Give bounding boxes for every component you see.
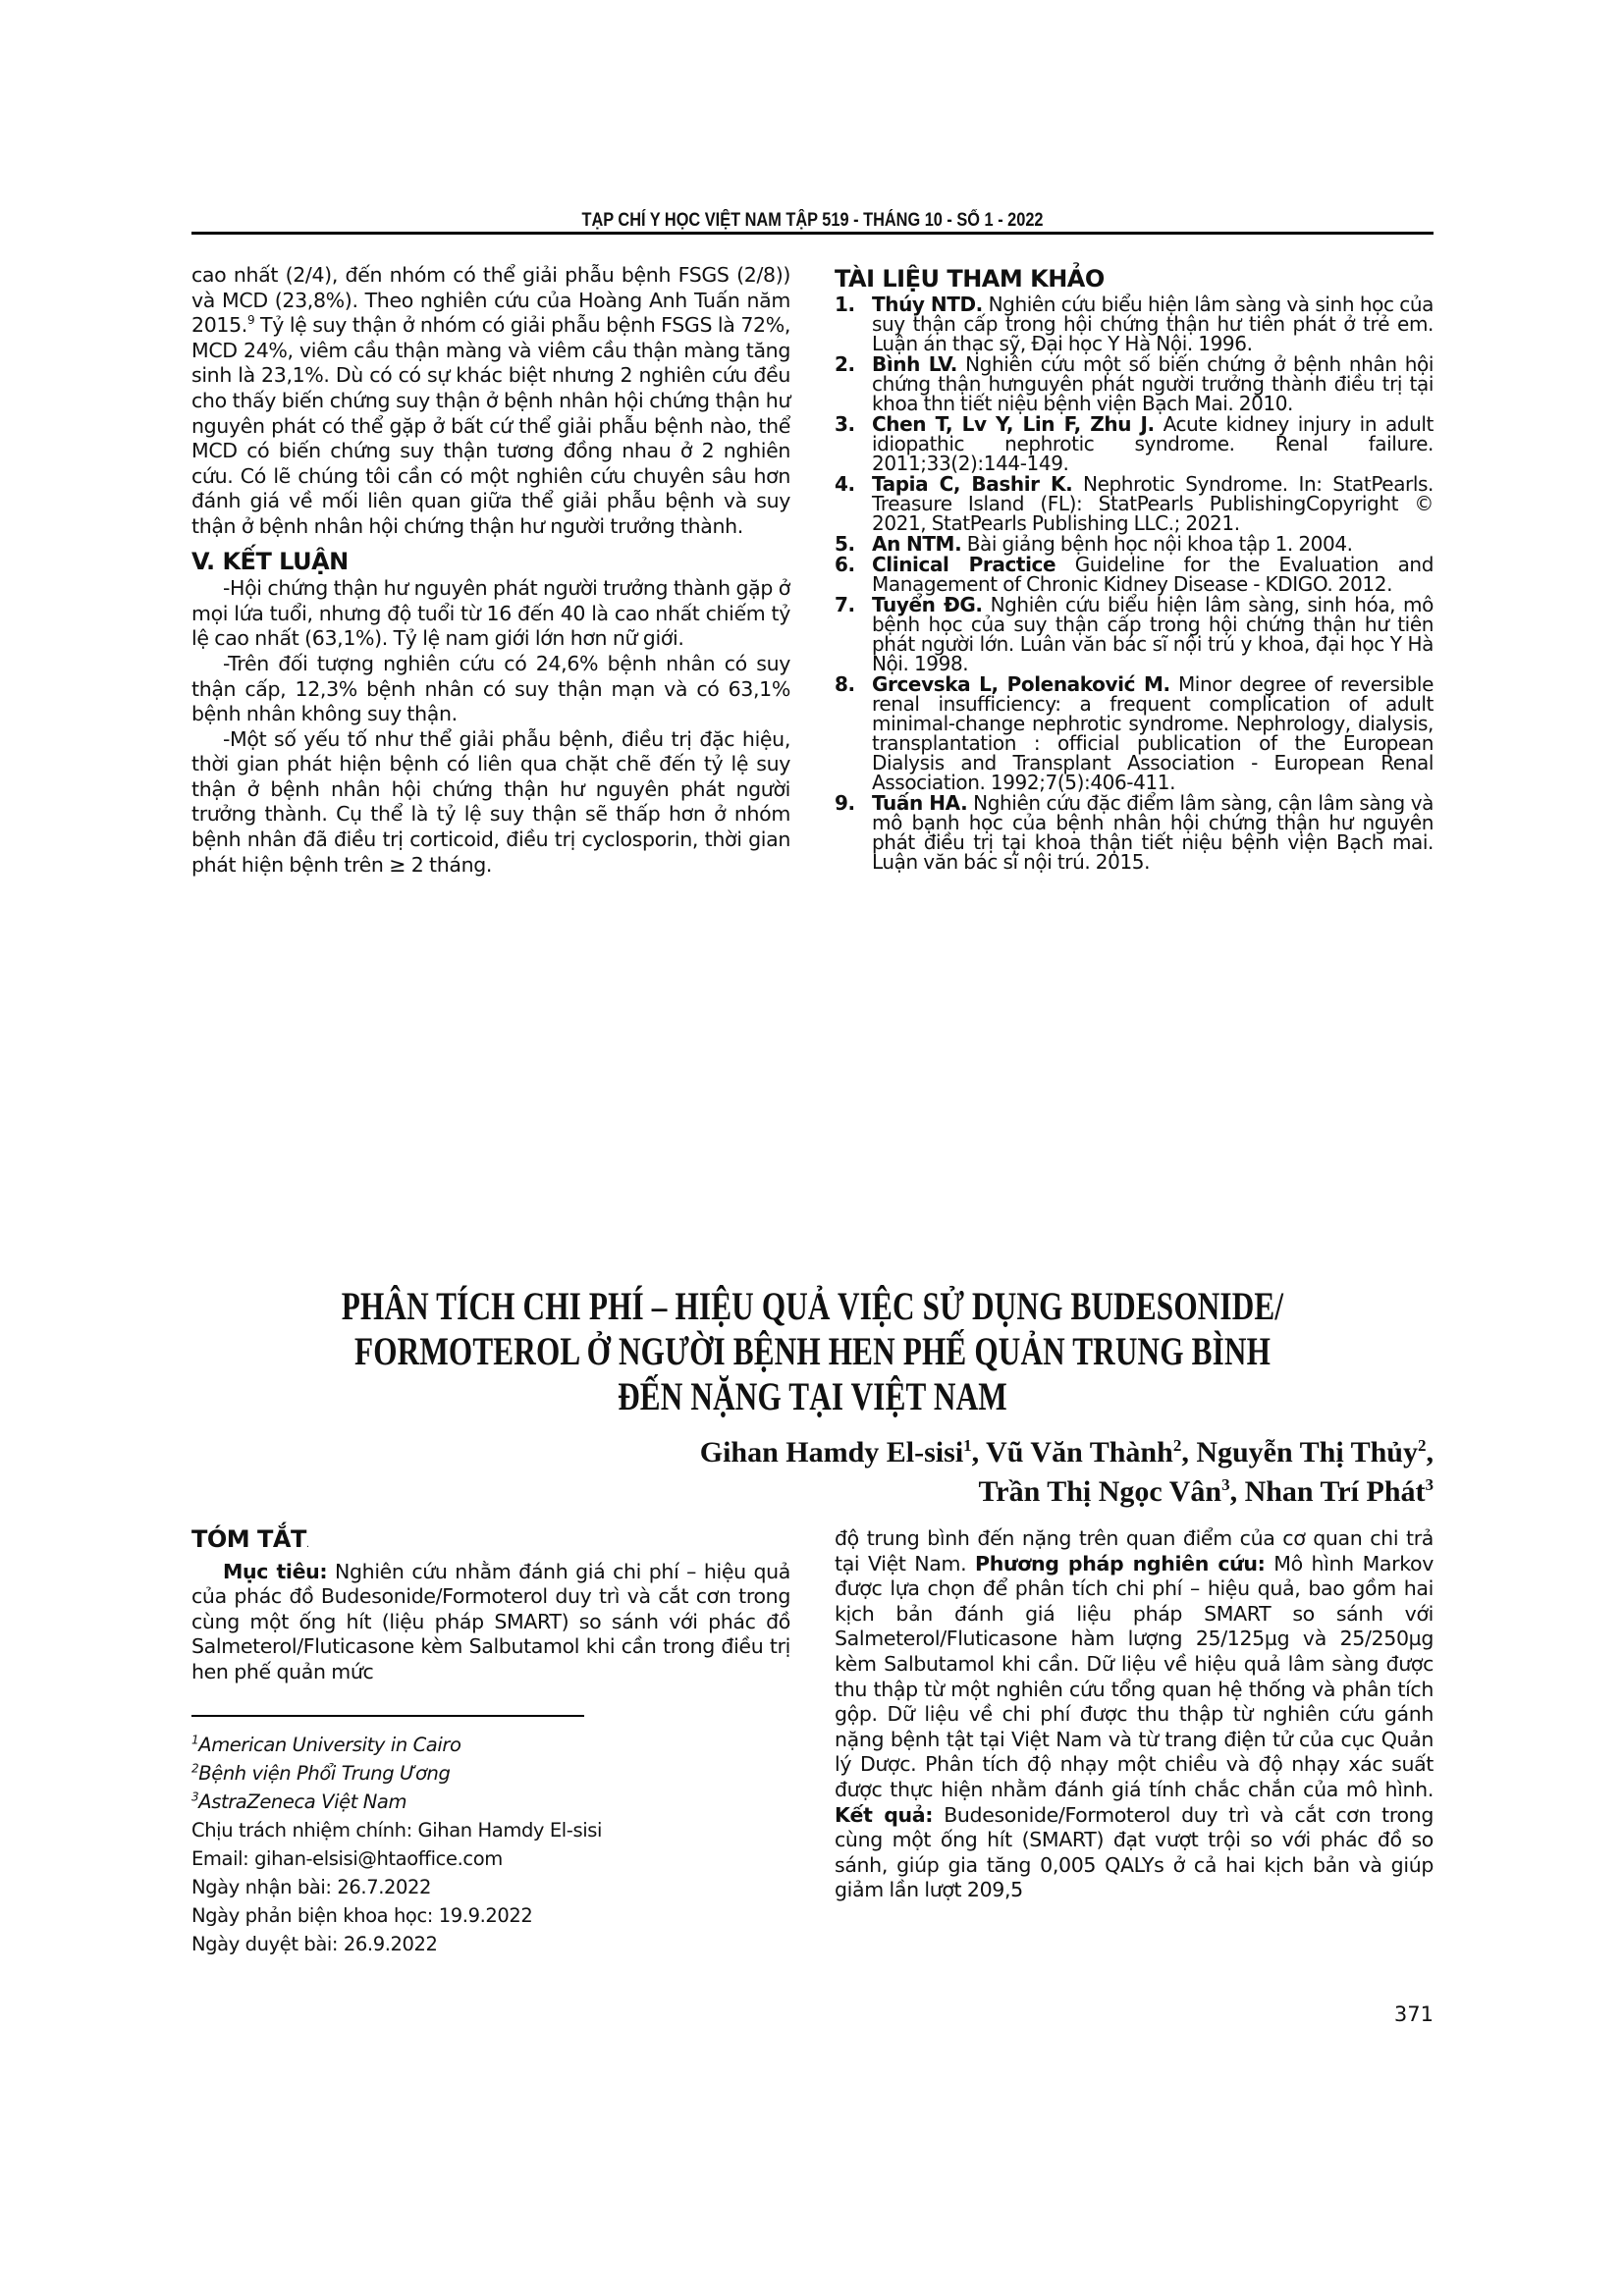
discussion-column: cao nhất (2/4), đến nhóm có thể giải phẫ… [191,263,790,878]
accepted-date: Ngày duyệt bài: 26.9.2022 [191,1930,790,1958]
author-name: Gihan Hamdy El-sisi [700,1436,963,1468]
abstract-heading: TÓM TẮT. [191,1527,790,1558]
reference-item: 7.Tuyển ĐG. Nghiên cứu biểu hiện lâm sàn… [835,595,1434,673]
conclusion-paragraph: -Một số yếu tố như thể giải phẫu bệnh, đ… [191,727,790,879]
references-column: TÀI LIỆU THAM KHẢO 1.Thúy NTD. Nghiên cứ… [835,267,1434,873]
journal-page: TẠP CHÍ Y HỌC VIỆT NAM TẬP 519 - THÁNG 1… [191,0,1434,2296]
conclusion-paragraph: -Hội chứng thận hư nguyên phát người trư… [191,576,790,652]
methods-label: Phương pháp nghiên cứu: [975,1552,1265,1575]
article-title: PHÂN TÍCH CHI PHÍ – HIỆU QUẢ VIỆC SỬ DỤN… [328,1284,1297,1419]
reference-list: 1.Thúy NTD. Nghiên cứu biểu hiện lâm sàn… [835,294,1434,872]
affiliation-marker: 2 [1418,1436,1427,1455]
abstract-continuation: độ trung bình đến nặng trên quan điểm củ… [835,1526,1434,1903]
affiliation-footnote: 3AstraZeneca Việt Nam [191,1788,790,1816]
author-name: Trần Thị Ngọc Vân [979,1475,1222,1508]
references-heading: TÀI LIỆU THAM KHẢO [835,267,1434,293]
author-line: Trần Thị Ngọc Vân3, Nhan Trí Phát3 [452,1472,1434,1512]
objective-label: Mục tiêu: [223,1560,327,1583]
author-name: Vũ Văn Thành [986,1436,1173,1468]
reference-item: 2.Bình LV. Nghiên cứu một số biến chứng … [835,354,1434,413]
results-label: Kết quả: [835,1803,933,1827]
affiliation-marker: 3 [1221,1475,1230,1494]
page-number: 371 [1394,2002,1434,2026]
affiliation-footnote: 1American University in Cairo [191,1731,790,1759]
article-title-line: FORMOTEROL Ở NGƯỜI BỆNH HEN PHẾ QUẢN TRU… [328,1329,1297,1374]
reference-item: 1.Thúy NTD. Nghiên cứu biểu hiện lâm sàn… [835,294,1434,353]
corresponding-author: Chịu trách nhiệm chính: Gihan Hamdy El-s… [191,1816,790,1844]
article-title-line: ĐẾN NẶNG TẠI VIỆT NAM [328,1374,1297,1419]
affiliation-marker: 3 [1426,1475,1435,1494]
discussion-paragraph: cao nhất (2/4), đến nhóm có thể giải phẫ… [191,263,790,540]
reference-item: 9.Tuấn HA. Nghiên cứu đặc điểm lâm sàng,… [835,793,1434,872]
reference-item: 8.Grcevska L, Polenaković M. Minor degre… [835,674,1434,792]
review-date: Ngày phản biện khoa học: 19.9.2022 [191,1901,790,1930]
article-title-line: PHÂN TÍCH CHI PHÍ – HIỆU QUẢ VIỆC SỬ DỤN… [328,1284,1297,1329]
reference-item: 6.Clinical Practice Guideline for the Ev… [835,555,1434,594]
affiliation-footnote: 2Bệnh viện Phổi Trung Ương [191,1759,790,1788]
abstract-column-left: TÓM TẮT. Mục tiêu: Nghiên cứu nhằm đánh … [191,1518,790,1958]
author-name: Nhan Trí Phát [1245,1475,1426,1508]
received-date: Ngày nhận bài: 26.7.2022 [191,1873,790,1901]
running-head: TẠP CHÍ Y HỌC VIỆT NAM TẬP 519 - THÁNG 1… [279,210,1347,232]
conclusion-paragraph: -Trên đối tượng nghiên cứu có 24,6% bệnh… [191,652,790,727]
affiliation-marker: 1 [963,1436,972,1455]
contact-email: Email: gihan-elsisi@htaoffice.com [191,1844,790,1873]
reference-item: 3.Chen T, Lv Y, Lin F, Zhu J. Acute kidn… [835,414,1434,473]
abstract-column-right: độ trung bình đến nặng trên quan điểm củ… [835,1526,1434,1903]
footnote-rule [191,1715,584,1717]
reference-item: 5.An NTM. Bài giảng bệnh học nội khoa tậ… [835,534,1434,554]
conclusion-heading: V. KẾT LUẬN [191,550,790,575]
author-list: Gihan Hamdy El-sisi1, Vũ Văn Thành2, Ngu… [452,1433,1434,1512]
header-rule [191,232,1434,235]
reference-item: 4.Tapia C, Bashir K. Nephrotic Syndrome.… [835,474,1434,533]
abstract-objective: Mục tiêu: Nghiên cứu nhằm đánh giá chi p… [191,1560,790,1685]
author-name: Nguyễn Thị Thủy [1196,1436,1418,1468]
author-line: Gihan Hamdy El-sisi1, Vũ Văn Thành2, Ngu… [452,1433,1434,1472]
